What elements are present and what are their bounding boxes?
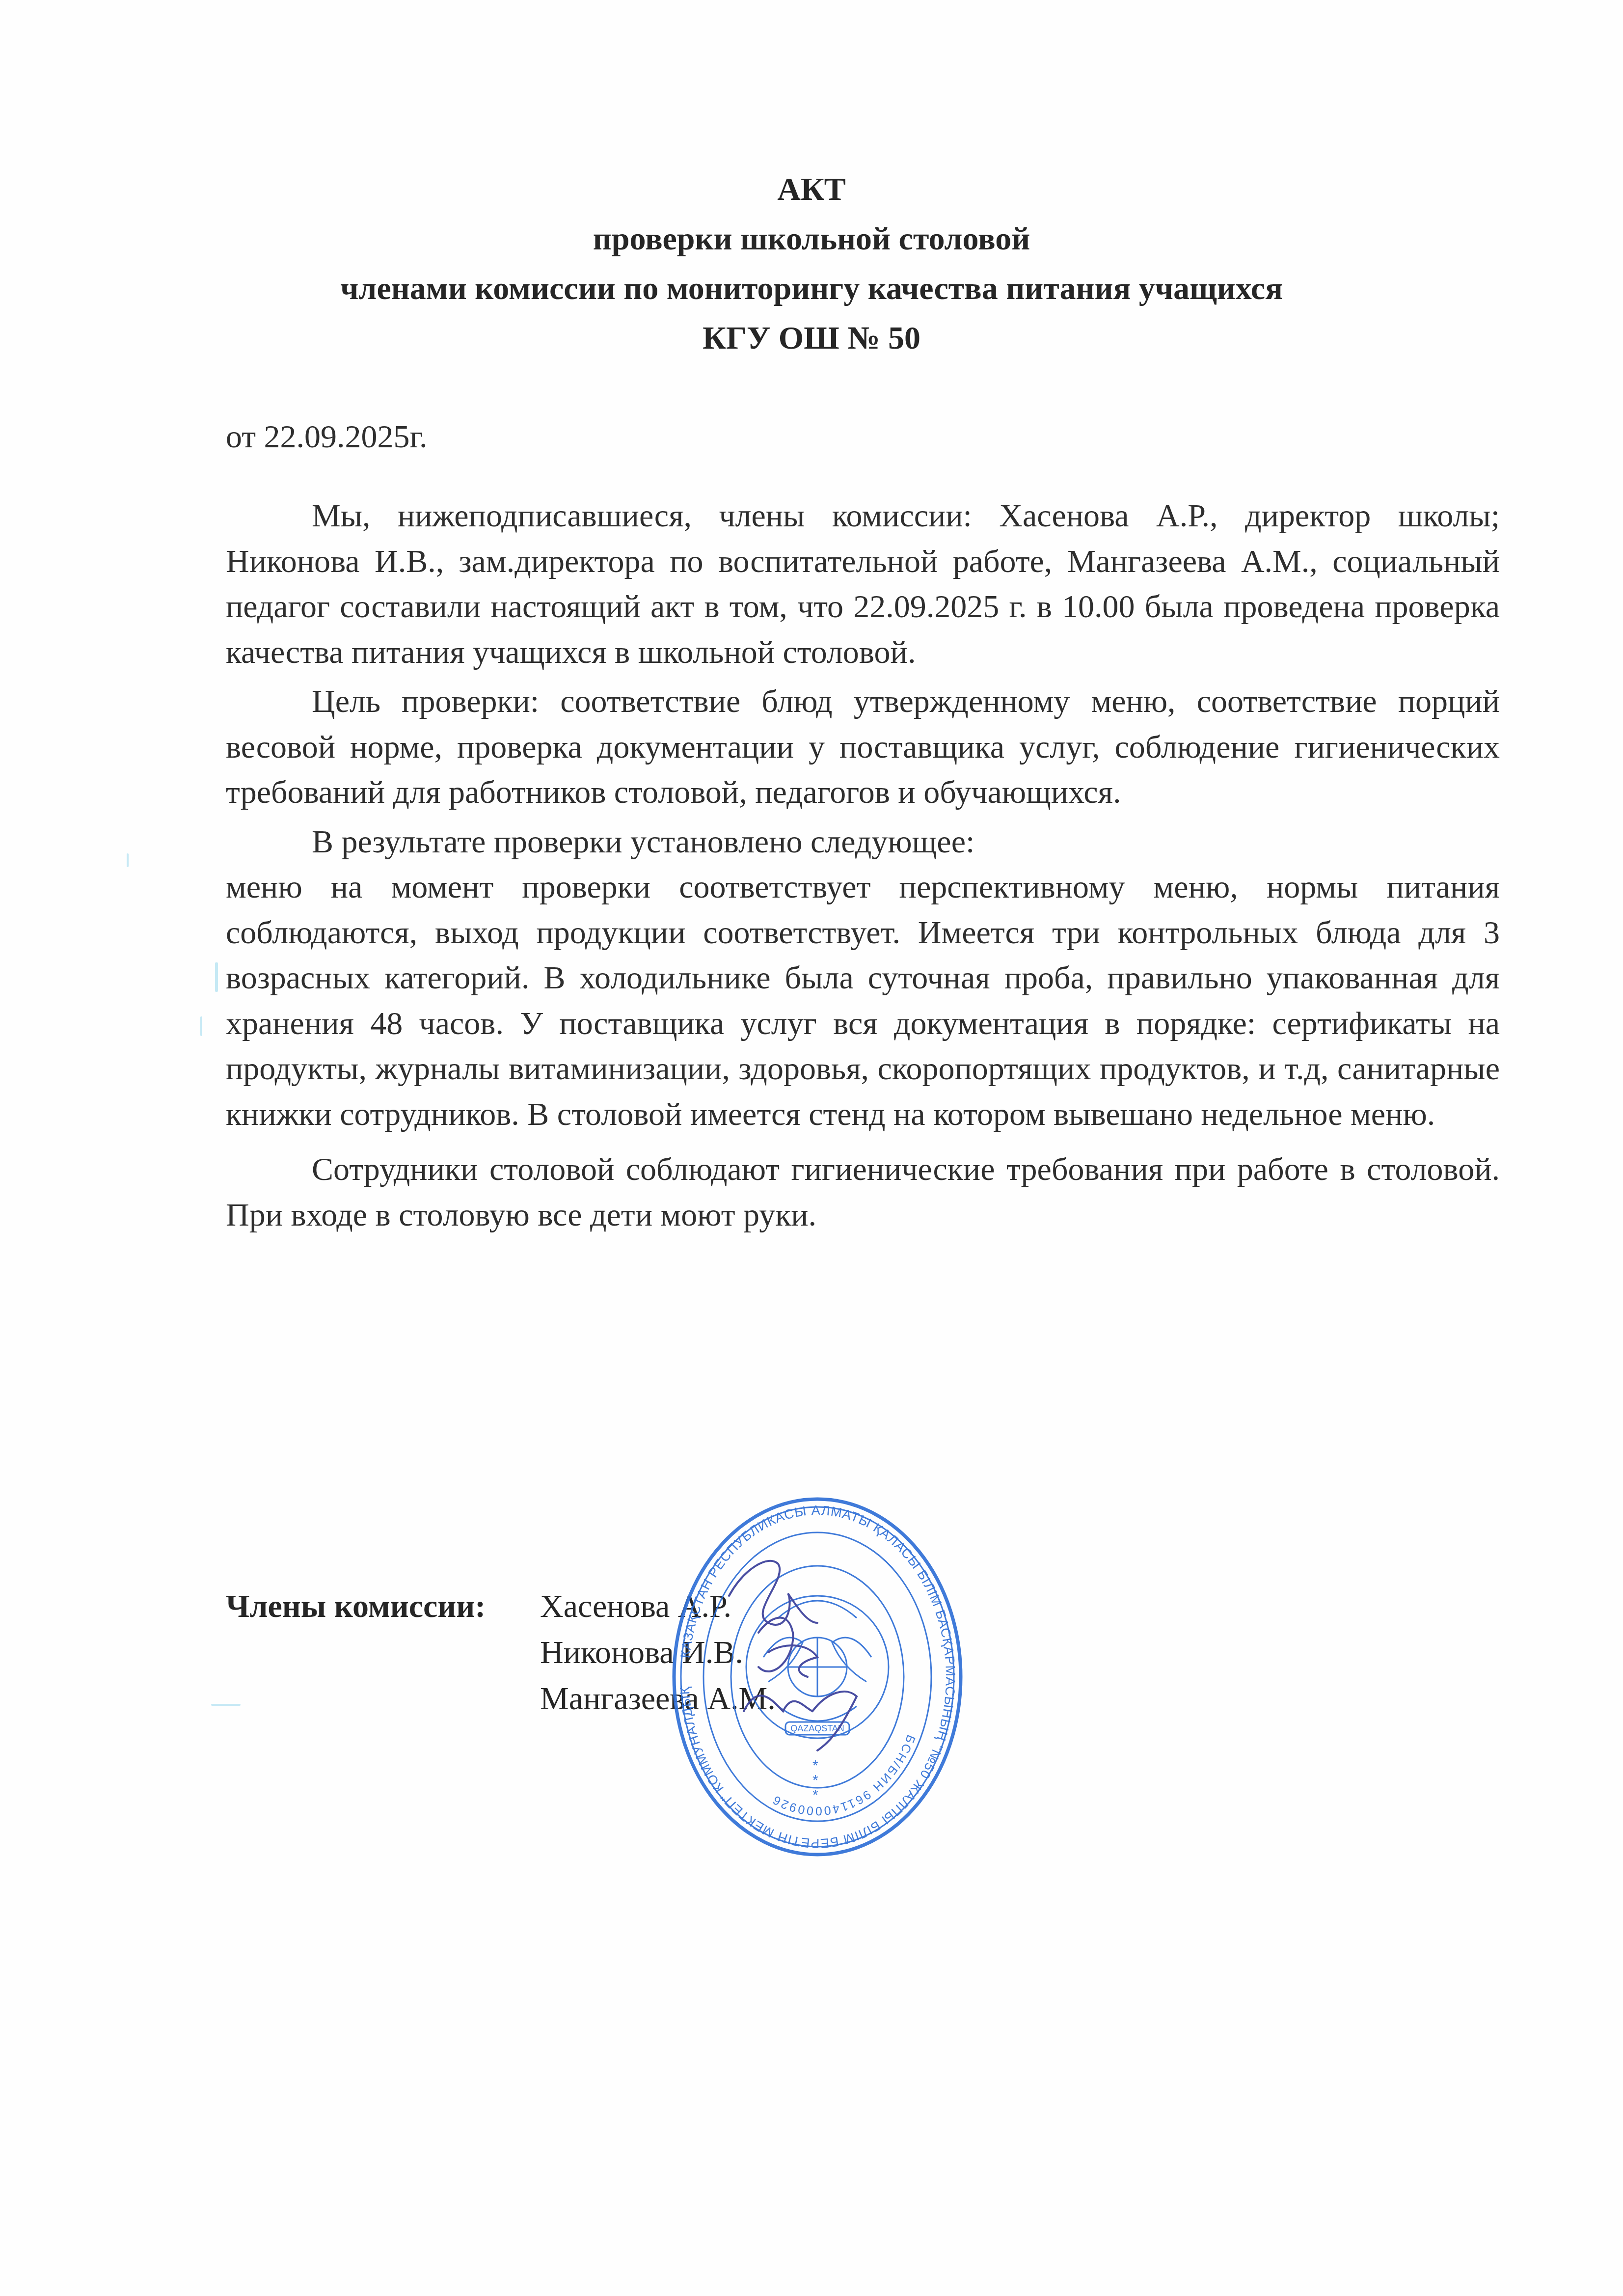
signatory-name: Никонова И.В. bbox=[540, 1630, 743, 1676]
paragraph-findings: меню на момент проверки соответствует пе… bbox=[226, 865, 1500, 1137]
scan-artifact bbox=[215, 962, 218, 992]
signature-row: Никонова И.В. bbox=[226, 1630, 776, 1676]
paragraph-results-heading: В результате проверки установлено следую… bbox=[226, 820, 1500, 865]
signature-row: Члены комиссии: Хасенова А.Р. bbox=[226, 1584, 776, 1630]
signature-block: Члены комиссии: Хасенова А.Р. Никонова И… bbox=[226, 1584, 776, 1722]
paragraph-hygiene: Сотрудники столовой соблюдают гигиеничес… bbox=[226, 1147, 1500, 1238]
paragraph-purpose: Цель проверки: соответствие блюд утвержд… bbox=[226, 679, 1500, 816]
title-commission: членами комиссии по мониторингу качества… bbox=[0, 264, 1623, 313]
document-title: АКТ проверки школьной столовой членами к… bbox=[0, 164, 1623, 363]
title-act: АКТ bbox=[0, 164, 1623, 214]
svg-text:*: * bbox=[812, 1772, 818, 1788]
stamp-center-text: QAZAQSTAN bbox=[790, 1723, 844, 1733]
document-body: Мы, нижеподписавшиеся, члены комиссии: Х… bbox=[226, 493, 1500, 1238]
signatory-name: Хасенова А.Р. bbox=[540, 1584, 731, 1630]
svg-text:*: * bbox=[812, 1757, 818, 1774]
stamp-inner-text: БСН/БИН 961140000926 bbox=[769, 1733, 918, 1818]
signatory-name: Мангазеева А.М. bbox=[540, 1676, 776, 1722]
scan-artifact bbox=[127, 853, 129, 867]
svg-text:БСН/БИН 961140000926: БСН/БИН 961140000926 bbox=[769, 1733, 918, 1818]
scan-artifact bbox=[200, 1016, 202, 1036]
title-subject: проверки школьной столовой bbox=[0, 214, 1623, 264]
signature-row: Мангазеева А.М. bbox=[226, 1676, 776, 1722]
title-organization: КГУ ОШ № 50 bbox=[0, 313, 1623, 363]
document-date: от 22.09.2025г. bbox=[226, 415, 428, 459]
svg-text:*: * bbox=[812, 1787, 818, 1803]
paragraph-intro: Мы, нижеподписавшиеся, члены комиссии: Х… bbox=[226, 493, 1500, 675]
commission-members-label: Члены комиссии: bbox=[226, 1584, 540, 1630]
document-page: АКТ проверки школьной столовой членами к… bbox=[0, 0, 1623, 2296]
